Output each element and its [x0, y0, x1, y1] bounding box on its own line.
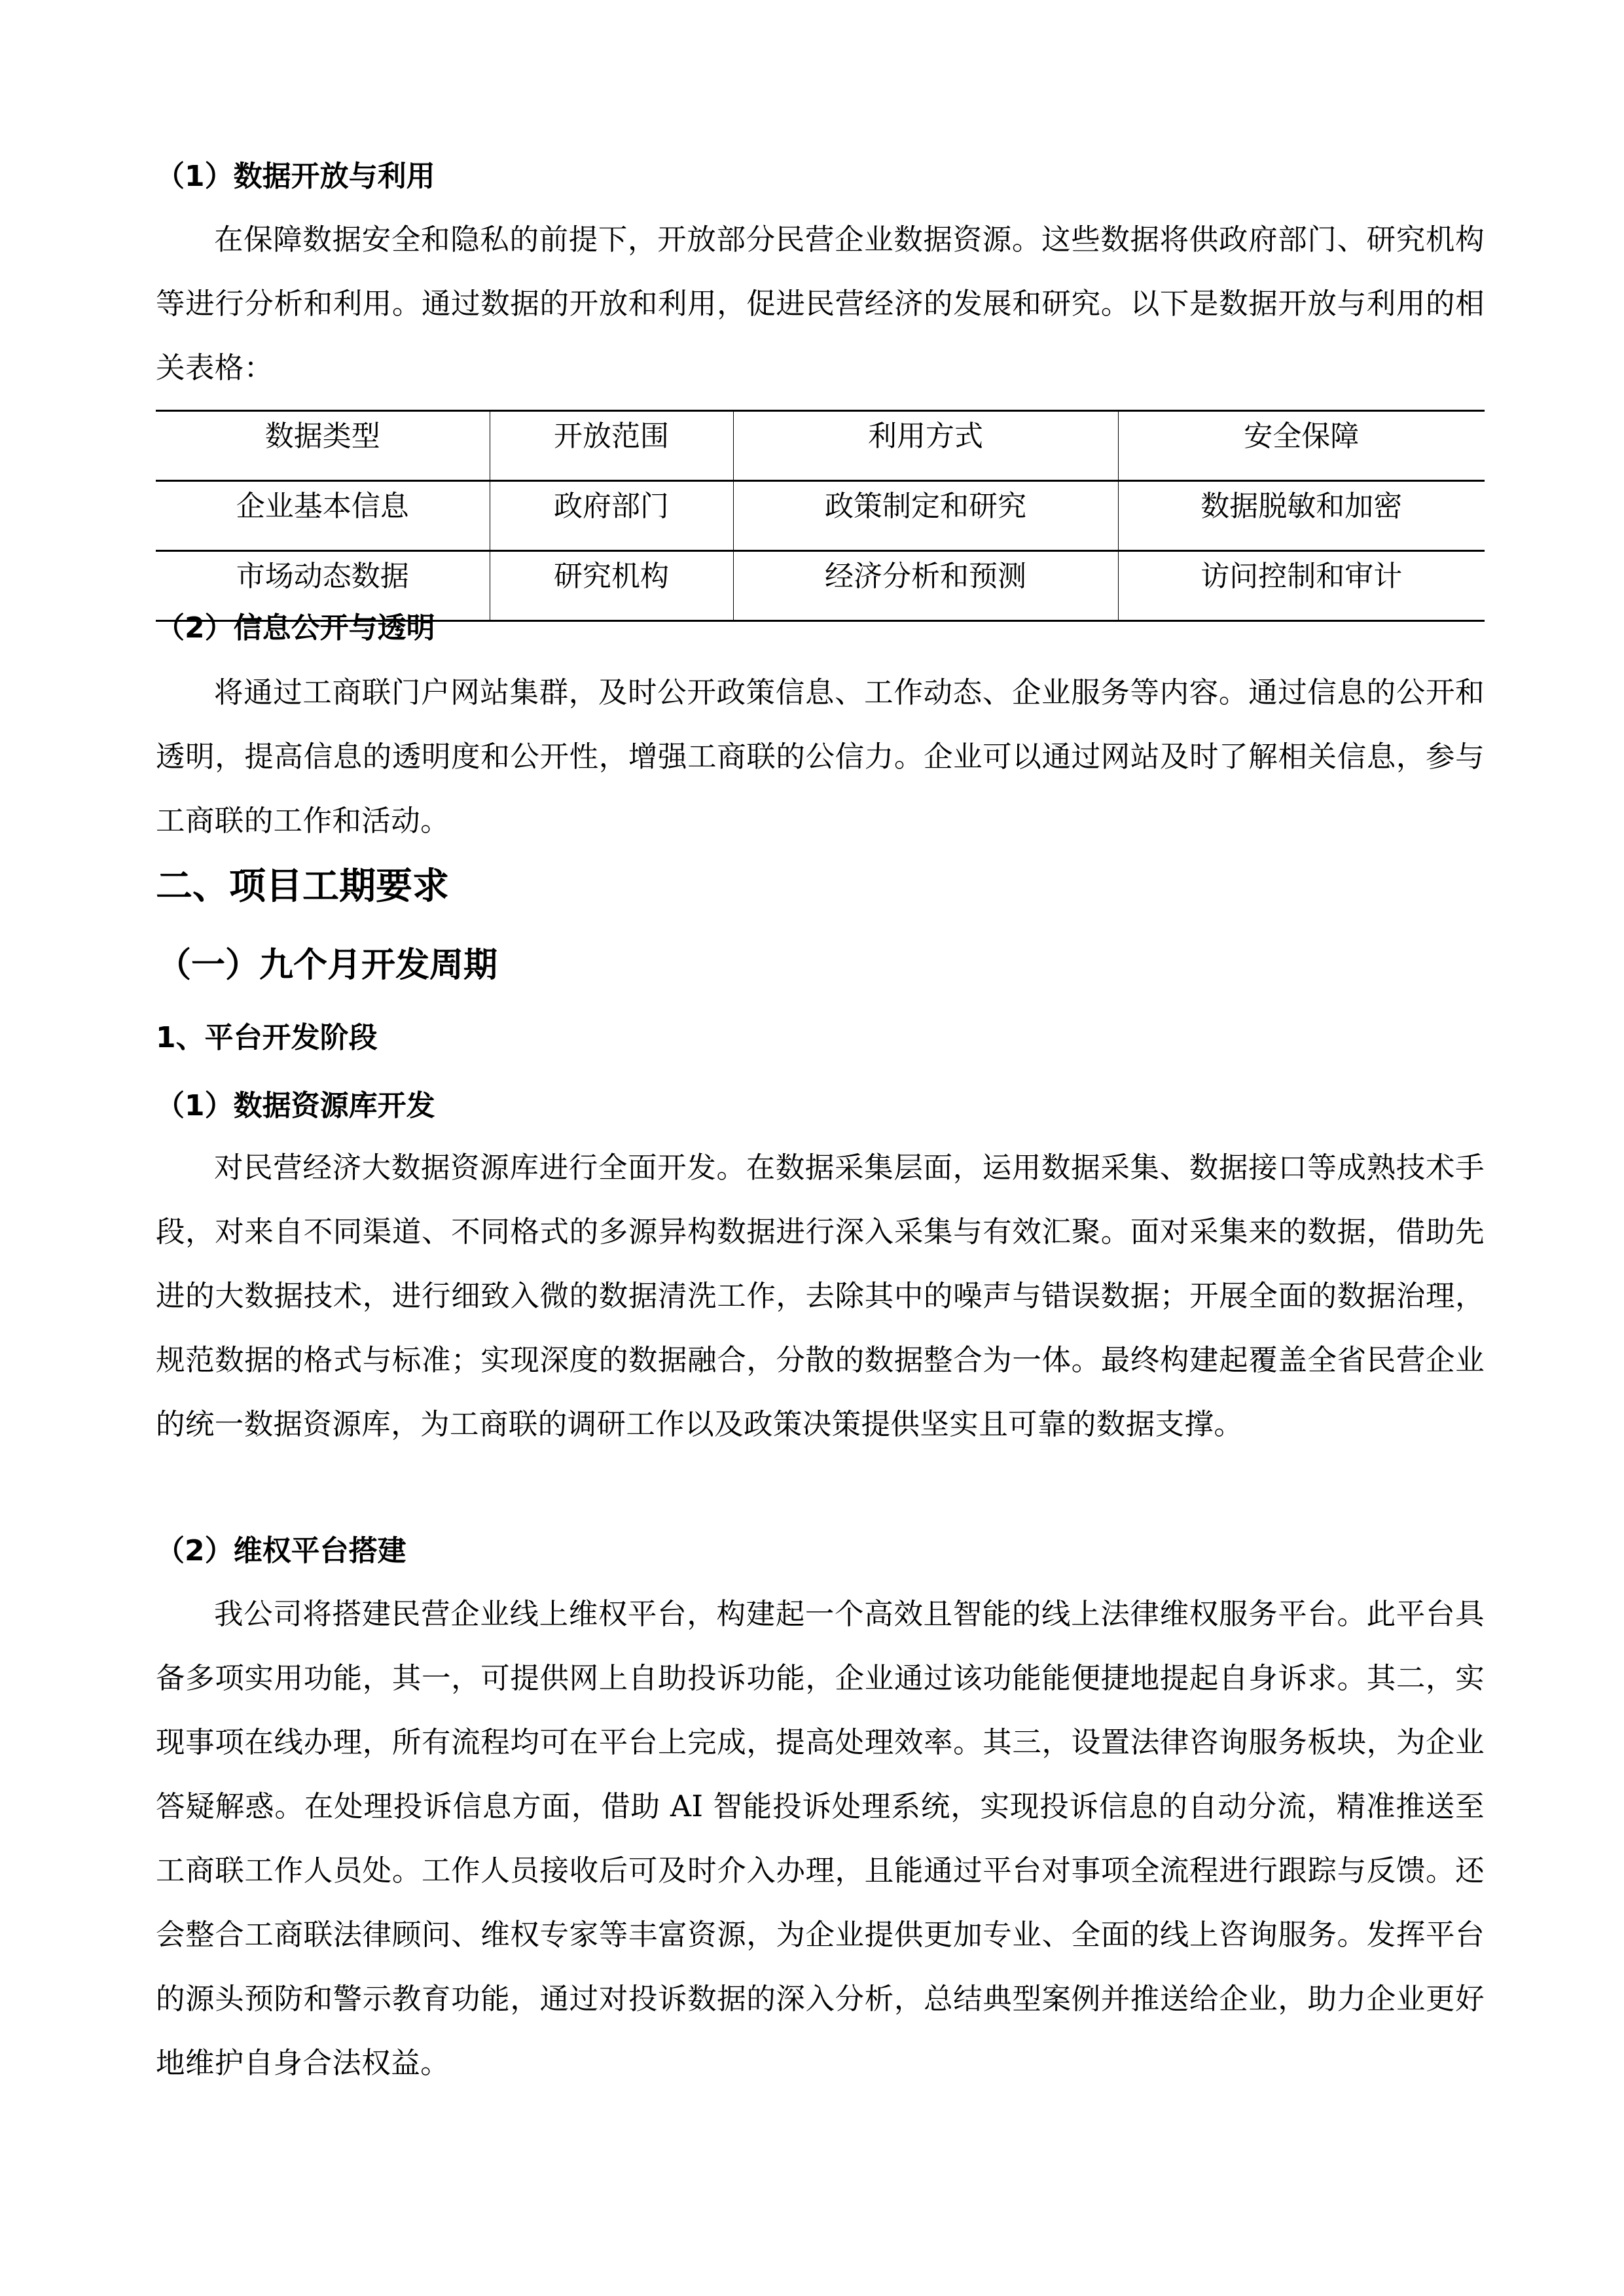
table-cell: 经济分析和预测 — [733, 551, 1118, 621]
table-cell: 数据脱敏和加密 — [1118, 481, 1485, 551]
sub-chapter-heading: （一）九个月开发周期 — [157, 942, 497, 988]
paragraph-rights-platform: 我公司将搭建民营企业线上维权平台，构建起一个高效且智能的线上法律维权服务平台。此… — [156, 1583, 1485, 2096]
heading-info-public: （2）信息公开与透明 — [156, 609, 435, 648]
table-header-cell: 利用方式 — [733, 411, 1118, 481]
table-header-cell: 数据类型 — [156, 411, 490, 481]
table-header-cell: 开放范围 — [490, 411, 733, 481]
table-row: 企业基本信息 政府部门 政策制定和研究 数据脱敏和加密 — [156, 481, 1485, 551]
heading-data-open: （1）数据开放与利用 — [156, 157, 435, 196]
table-header-row: 数据类型 开放范围 利用方式 安全保障 — [156, 411, 1485, 481]
table-cell: 企业基本信息 — [156, 481, 490, 551]
paragraph-info-public: 将通过工商联门户网站集群，及时公开政策信息、工作动态、企业服务等内容。通过信息的… — [156, 661, 1485, 853]
table-cell: 研究机构 — [490, 551, 733, 621]
paragraph-data-open: 在保障数据安全和隐私的前提下，开放部分民营企业数据资源。这些数据将供政府部门、研… — [156, 208, 1485, 401]
table-cell: 政府部门 — [490, 481, 733, 551]
heading-rights-platform: （2）维权平台搭建 — [156, 1532, 406, 1571]
table-cell: 访问控制和审计 — [1118, 551, 1485, 621]
table-cell: 政策制定和研究 — [733, 481, 1118, 551]
paragraph-db-dev: 对民营经济大数据资源库进行全面开发。在数据采集层面，运用数据采集、数据接口等成熟… — [156, 1136, 1485, 1457]
table-header-cell: 安全保障 — [1118, 411, 1485, 481]
heading-db-dev: （1）数据资源库开发 — [156, 1086, 435, 1126]
chapter-heading: 二、项目工期要求 — [156, 864, 449, 910]
data-open-table: 数据类型 开放范围 利用方式 安全保障 企业基本信息 政府部门 政策制定和研究 … — [156, 410, 1485, 622]
phase-heading: 1、平台开发阶段 — [156, 1018, 378, 1058]
